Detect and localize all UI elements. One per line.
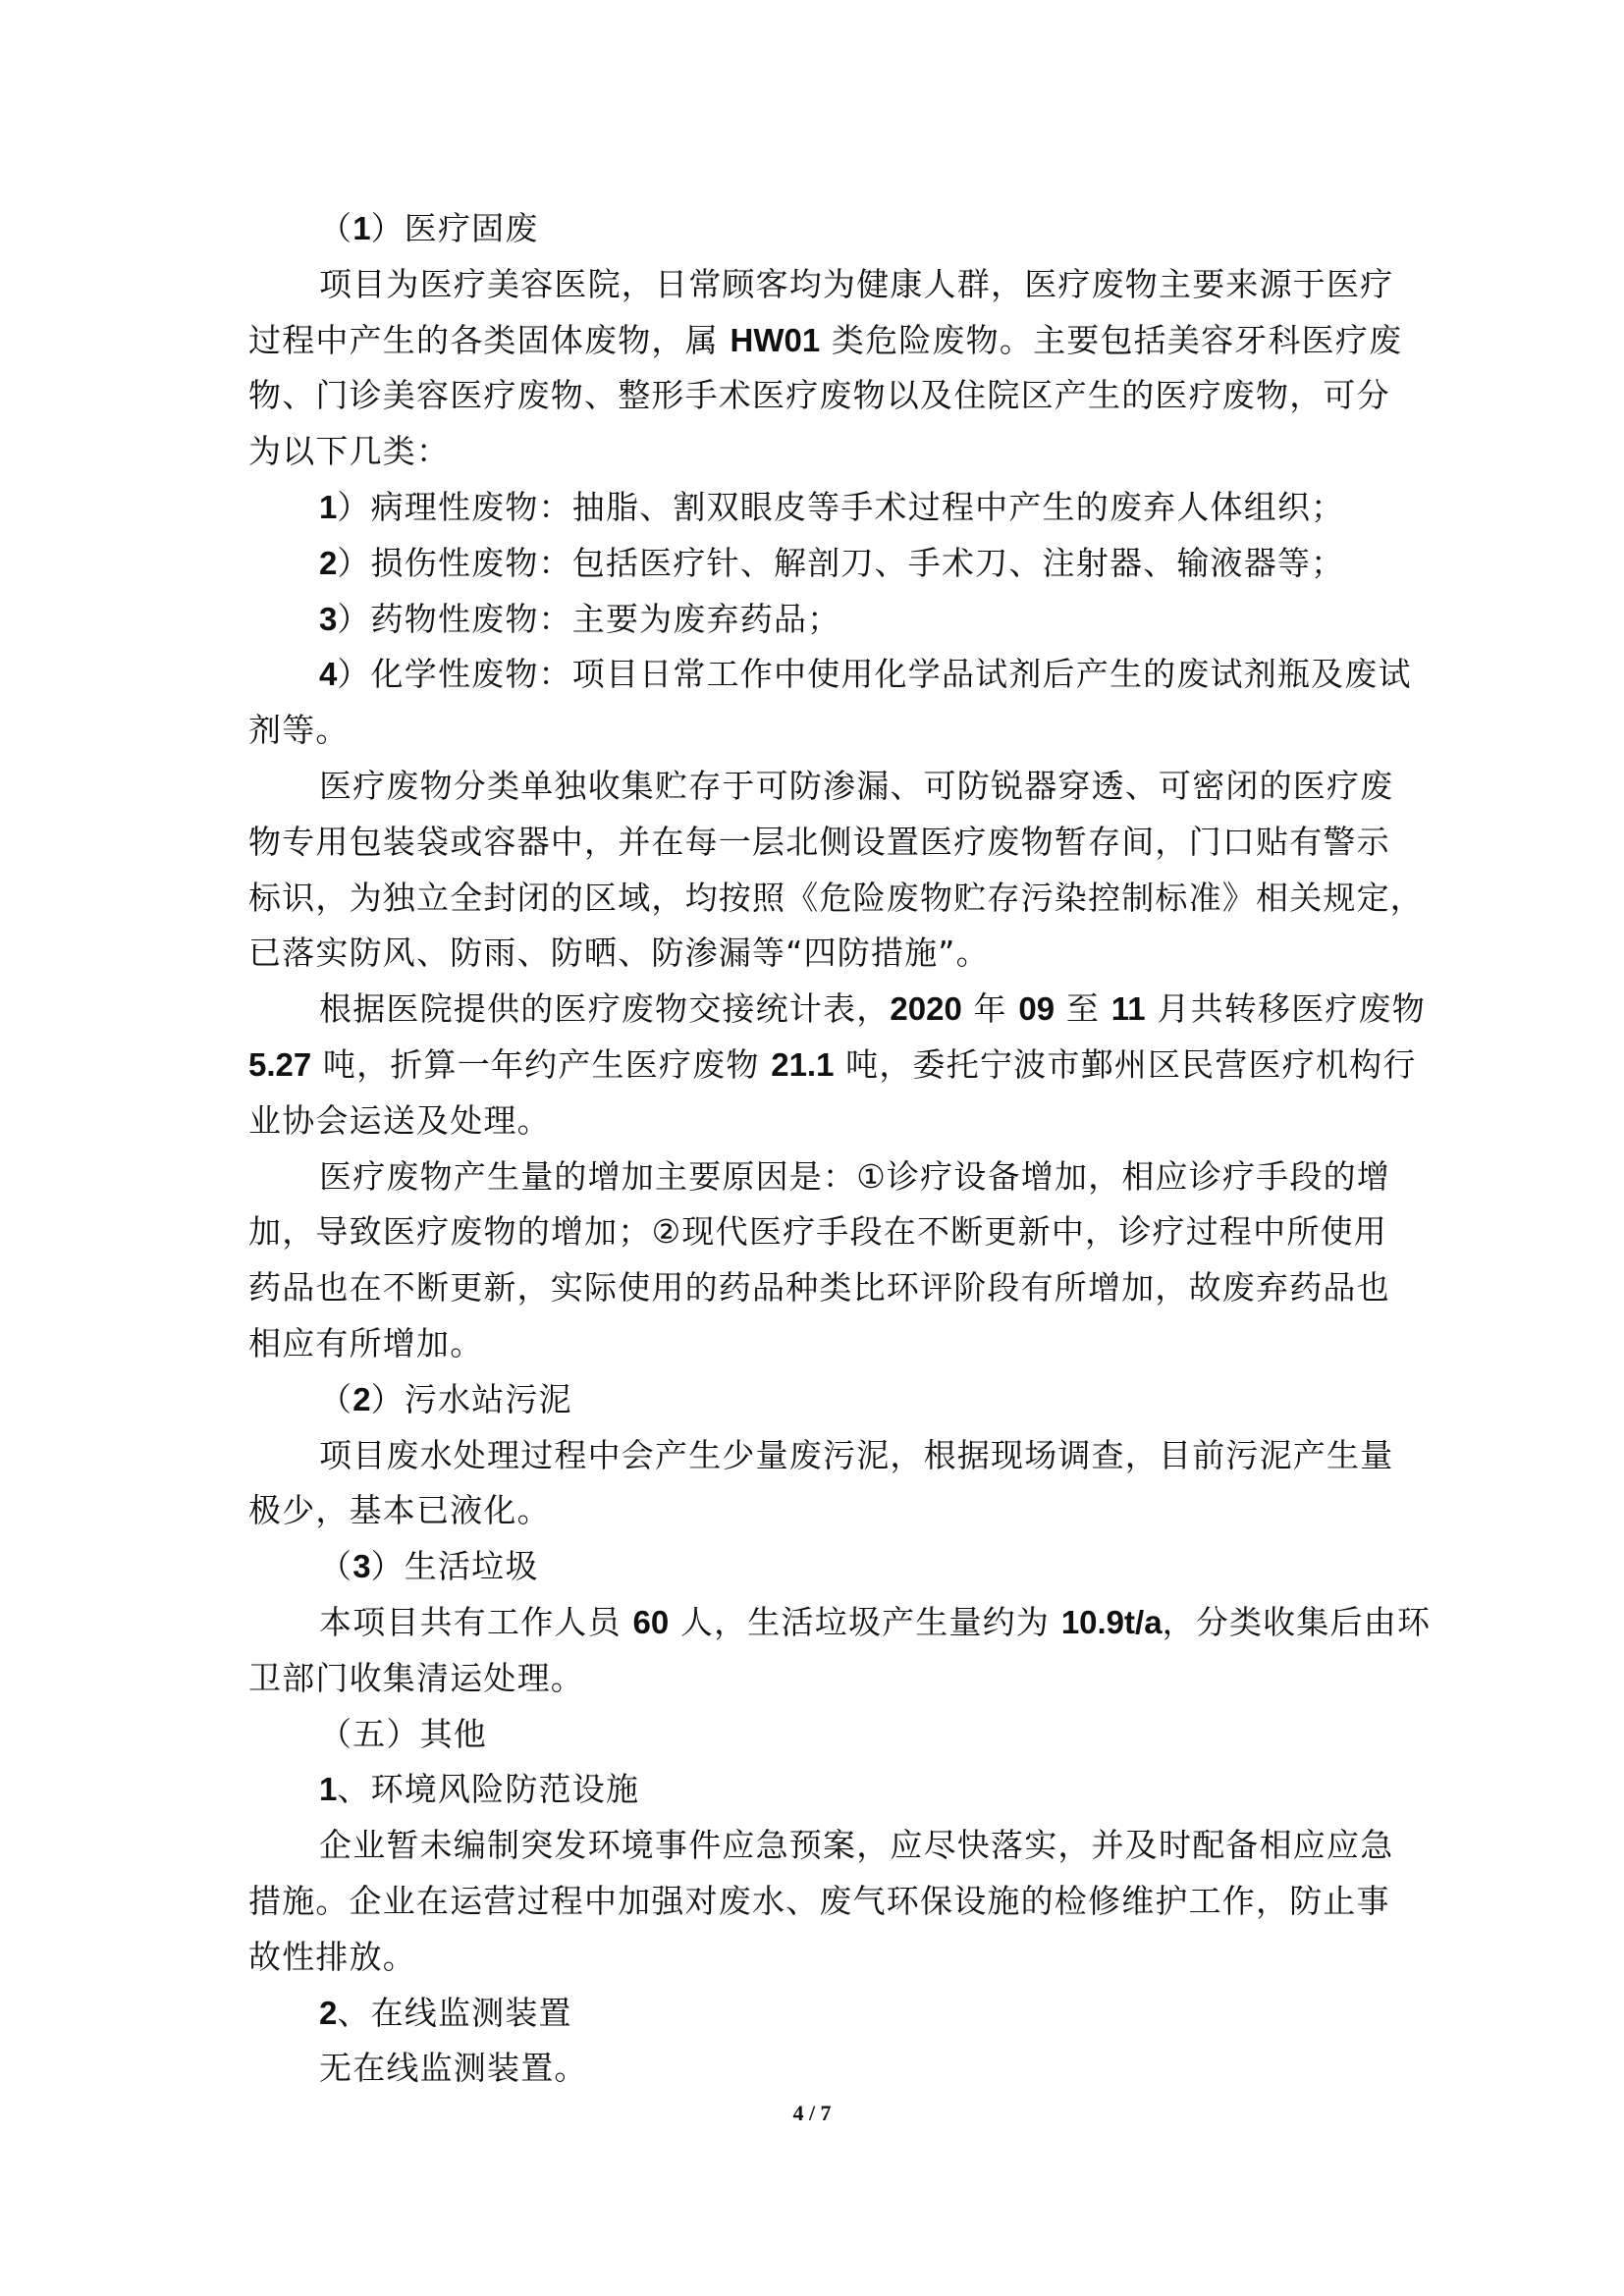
section-heading: （1）医疗固废 xyxy=(248,201,1387,257)
text-run: 项目废水处理过程中会产生少量废污泥，根据现场调查，目前污泥产生量 xyxy=(319,1436,1393,1474)
bold-text-run: 5.27 xyxy=(248,1046,311,1083)
paragraph-line: 项目废水处理过程中会产生少量废污泥，根据现场调查，目前污泥产生量 xyxy=(248,1428,1387,1484)
text-run: ）化学性废物：项目日常工作中使用化学品试剂后产生的废试剂瓶及废试 xyxy=(337,655,1411,693)
section-heading: 1、环境风险防范设施 xyxy=(248,1762,1387,1818)
text-run: 为以下几类： xyxy=(248,432,450,470)
list-item: 2）损伤性废物：包括医疗针、解剖刀、手术刀、注射器、输液器等； xyxy=(248,536,1387,592)
text-run: ）污水站污泥 xyxy=(371,1380,572,1418)
paragraph-line: 加，导致医疗废物的增加；②现代医疗手段在不断更新中，诊疗过程中所使用 xyxy=(248,1204,1387,1260)
paragraph-line: 措施。企业在运营过程中加强对废水、废气环保设施的检修维护工作，防止事 xyxy=(248,1874,1387,1930)
list-item: 4）化学性废物：项目日常工作中使用化学品试剂后产生的废试剂瓶及废试 xyxy=(248,647,1387,703)
paragraph-line: 药品也在不断更新，实际使用的药品种类比环评阶段有所增加，故废弃药品也 xyxy=(248,1260,1387,1316)
text-run: ）病理性废物：抽脂、割双眼皮等手术过程中产生的废弃人体组织； xyxy=(337,488,1344,526)
text-run: 加，导致医疗废物的增加；②现代医疗手段在不断更新中，诊疗过程中所使用 xyxy=(248,1212,1387,1251)
paragraph-line: 无在线监测装置。 xyxy=(248,2041,1387,2097)
bold-text-run: 1 xyxy=(319,1771,337,1807)
text-run: （五）其他 xyxy=(319,1715,487,1753)
text-run: 人，生活垃圾产生量约为 xyxy=(669,1603,1061,1641)
paragraph-line: 为以下几类： xyxy=(248,424,1387,480)
text-run: 医疗废物产生量的增加主要原因是：①诊疗设备增加，相应诊疗手段的增 xyxy=(319,1157,1390,1196)
text-run: 措施。企业在运营过程中加强对废水、废气环保设施的检修维护工作，防止事 xyxy=(248,1882,1390,1920)
text-run: ）医疗固废 xyxy=(371,209,539,247)
text-run: 极少，基本已液化。 xyxy=(248,1491,551,1529)
list-item: 1）病理性废物：抽脂、割双眼皮等手术过程中产生的废弃人体组织； xyxy=(248,480,1387,536)
paragraph-line: 本项目共有工作人员 60 人，生活垃圾产生量约为 10.9t/a，分类收集后由环 xyxy=(248,1595,1387,1651)
text-run: 项目为医疗美容医院，日常顾客均为健康人群，医疗废物主要来源于医疗 xyxy=(319,265,1393,303)
bold-text-run: 1 xyxy=(352,210,370,246)
paragraph-line: 企业暂未编制突发环境事件应急预案，应尽快落实，并及时配备相应应急 xyxy=(248,1818,1387,1874)
text-run: 至 xyxy=(1055,989,1111,1028)
page-number: 4 / 7 xyxy=(0,2101,1624,2126)
bold-text-run: 2 xyxy=(352,1381,370,1417)
paragraph-line: 医疗废物产生量的增加主要原因是：①诊疗设备增加，相应诊疗手段的增 xyxy=(248,1149,1387,1205)
text-run: 根据医院提供的医疗废物交接统计表， xyxy=(319,989,890,1028)
bold-text-run: 10.9t/a xyxy=(1061,1604,1163,1640)
bold-text-run: 3 xyxy=(352,1548,370,1584)
bold-text-run: 1 xyxy=(319,489,337,525)
paragraph-line: 卫部门收集清运处理。 xyxy=(248,1651,1387,1707)
bold-text-run: 4 xyxy=(319,656,337,692)
text-run: 类危险废物。主要包括美容牙科医疗废 xyxy=(820,321,1402,359)
text-run: 医疗废物分类单独收集贮存于可防渗漏、可防锐器穿透、可密闭的医疗废 xyxy=(319,767,1393,805)
section-heading: 2、在线监测装置 xyxy=(248,1986,1387,2042)
text-run: ）生活垃圾 xyxy=(371,1547,539,1585)
paragraph-line: 剂等。 xyxy=(248,703,1387,759)
text-run: ）损伤性废物：包括医疗针、解剖刀、手术刀、注射器、输液器等； xyxy=(337,544,1344,582)
paragraph-line: 5.27 吨，折算一年约产生医疗废物 21.1 吨，委托宁波市鄞州区民营医疗机构… xyxy=(248,1038,1387,1094)
text-run: （ xyxy=(319,209,352,247)
paragraph-line: 过程中产生的各类固体废物，属 HW01 类危险废物。主要包括美容牙科医疗废 xyxy=(248,313,1387,369)
text-run: 相应有所增加。 xyxy=(248,1324,483,1362)
paragraph-line: 项目为医疗美容医院，日常顾客均为健康人群，医疗废物主要来源于医疗 xyxy=(248,257,1387,313)
text-run: （ xyxy=(319,1380,352,1418)
text-run: ）药物性废物：主要为废弃药品； xyxy=(337,600,840,638)
bold-text-run: 09 xyxy=(1018,990,1055,1027)
bold-text-run: 2020 xyxy=(890,990,961,1027)
paragraph-line: 相应有所增加。 xyxy=(248,1316,1387,1372)
text-run: 药品也在不断更新，实际使用的药品种类比环评阶段有所增加，故废弃药品也 xyxy=(248,1268,1390,1307)
section-heading: （五）其他 xyxy=(248,1707,1387,1763)
text-run: 吨，委托宁波市鄞州区民营医疗机构行 xyxy=(834,1045,1416,1084)
paragraph-line: 标识，为独立全封闭的区域，均按照《危险废物贮存污染控制标准》相关规定， xyxy=(248,871,1387,927)
bold-text-run: 60 xyxy=(633,1604,670,1640)
bold-text-run: HW01 xyxy=(731,322,821,358)
text-run: 剂等。 xyxy=(248,711,350,749)
text-run: 物专用包装袋或容器中，并在每一层北侧设置医疗废物暂存间，门口贴有警示 xyxy=(248,823,1390,861)
page-body: （1）医疗固废项目为医疗美容医院，日常顾客均为健康人群，医疗废物主要来源于医疗过… xyxy=(248,201,1387,2097)
bold-text-run: 2 xyxy=(319,1995,337,2031)
text-run: 年 xyxy=(962,989,1019,1028)
text-run: 月共转移医疗废物 xyxy=(1146,989,1426,1028)
bold-text-run: 3 xyxy=(319,601,337,637)
paragraph-line: 物、门诊美容医疗废物、整形手术医疗废物以及住院区产生的医疗废物，可分 xyxy=(248,368,1387,424)
text-run: 企业暂未编制突发环境事件应急预案，应尽快落实，并及时配备相应应急 xyxy=(319,1826,1393,1864)
bold-text-run: 21.1 xyxy=(771,1046,834,1083)
paragraph-line: 医疗废物分类单独收集贮存于可防渗漏、可防锐器穿透、可密闭的医疗废 xyxy=(248,759,1387,815)
bold-text-run: 2 xyxy=(319,545,337,581)
text-run: （ xyxy=(319,1547,352,1585)
section-heading: （2）污水站污泥 xyxy=(248,1372,1387,1428)
bold-text-run: 11 xyxy=(1111,990,1146,1027)
text-run: 吨，折算一年约产生医疗废物 xyxy=(311,1045,771,1084)
text-run: ，分类收集后由环 xyxy=(1163,1603,1432,1641)
text-run: 标识，为独立全封闭的区域，均按照《危险废物贮存污染控制标准》相关规定， xyxy=(248,879,1424,917)
text-run: 、在线监测装置 xyxy=(337,1994,571,2032)
paragraph-line: 故性排放。 xyxy=(248,1930,1387,1986)
text-run: 已落实防风、防雨、防晒、防渗漏等“四防措施”。 xyxy=(248,934,990,972)
paragraph-line: 业协会运送及处理。 xyxy=(248,1094,1387,1149)
text-run: 故性排放。 xyxy=(248,1938,416,1976)
paragraph-line: 根据医院提供的医疗废物交接统计表，2020 年 09 至 11 月共转移医疗废物 xyxy=(248,982,1387,1038)
text-run: 本项目共有工作人员 xyxy=(319,1603,633,1641)
paragraph-line: 极少，基本已液化。 xyxy=(248,1483,1387,1539)
list-item: 3）药物性废物：主要为废弃药品； xyxy=(248,592,1387,648)
section-heading: （3）生活垃圾 xyxy=(248,1539,1387,1595)
text-run: 、环境风险防范设施 xyxy=(337,1770,639,1808)
text-run: 无在线监测装置。 xyxy=(319,2049,588,2087)
document-page: （1）医疗固废项目为医疗美容医院，日常顾客均为健康人群，医疗废物主要来源于医疗过… xyxy=(0,0,1624,2296)
text-run: 业协会运送及处理。 xyxy=(248,1101,551,1140)
text-run: 过程中产生的各类固体废物，属 xyxy=(248,321,731,359)
paragraph-line: 物专用包装袋或容器中，并在每一层北侧设置医疗废物暂存间，门口贴有警示 xyxy=(248,815,1387,871)
text-run: 物、门诊美容医疗废物、整形手术医疗废物以及住院区产生的医疗废物，可分 xyxy=(248,376,1390,414)
paragraph-line: 已落实防风、防雨、防晒、防渗漏等“四防措施”。 xyxy=(248,926,1387,982)
text-run: 卫部门收集清运处理。 xyxy=(248,1659,584,1697)
